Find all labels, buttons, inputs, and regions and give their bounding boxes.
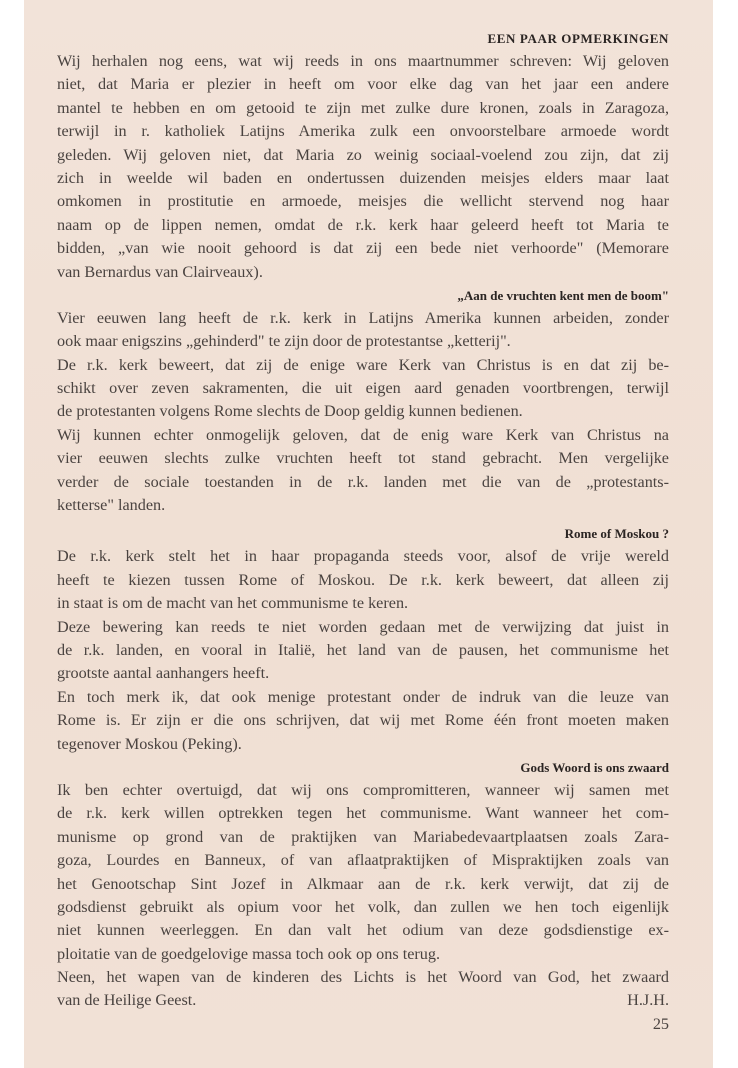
author-signature: H.J.H. bbox=[627, 989, 669, 1012]
section-intro: Wij herhalen nog eens, wat wij reeds in … bbox=[57, 50, 669, 284]
text-line: goza, Lourdes en Banneux, of van aflaatp… bbox=[57, 849, 669, 872]
article-title: EEN PAAR OPMERKINGEN bbox=[57, 28, 669, 50]
closing-text: van de Heilige Geest. bbox=[57, 989, 196, 1012]
text-line: De r.k. kerk beweert, dat zij de enige w… bbox=[57, 354, 669, 377]
text-line: verder de sociale toestanden in de r.k. … bbox=[57, 471, 669, 494]
section-vruchten: „Aan de vruchten kent men de boom" Vier … bbox=[57, 285, 669, 518]
text-line: in staat is om de macht van het communis… bbox=[57, 592, 669, 615]
text-line: munisme op grond van de praktijken van M… bbox=[57, 826, 669, 849]
text-line: De r.k. kerk stelt het in haar propagand… bbox=[57, 545, 669, 568]
text-line: schikt over zeven sakramenten, die uit e… bbox=[57, 377, 669, 400]
text-line: niet, dat Maria er plezier in heeft om v… bbox=[57, 73, 669, 96]
text-line: Wij herhalen nog eens, wat wij reeds in … bbox=[57, 50, 669, 73]
text-line: grootste aantal aanhangers heeft. bbox=[57, 662, 669, 685]
text-line: naam op de lippen nemen, omdat de r.k. k… bbox=[57, 214, 669, 237]
text-line: Deze bewering kan reeds te niet worden g… bbox=[57, 616, 669, 639]
text-line: van Bernardus van Clairveaux). bbox=[57, 261, 669, 284]
text-line: de protestanten volgens Rome slechts de … bbox=[57, 400, 669, 423]
text-line: heeft te kiezen tussen Rome of Moskou. D… bbox=[57, 569, 669, 592]
text-line: Neen, het wapen van de kinderen des Lich… bbox=[57, 966, 669, 989]
text-line: geleden. Wij geloven niet, dat Maria zo … bbox=[57, 144, 669, 167]
document-page: EEN PAAR OPMERKINGEN Wij herhalen nog ee… bbox=[24, 0, 713, 1068]
section-heading: Rome of Moskou ? bbox=[57, 523, 669, 545]
section-gods-woord: Gods Woord is ons zwaard Ik ben echter o… bbox=[57, 757, 669, 1013]
text-line: En toch merk ik, dat ook menige protesta… bbox=[57, 686, 669, 709]
text-line: tegenover Moskou (Peking). bbox=[57, 733, 669, 756]
section-heading: „Aan de vruchten kent men de boom" bbox=[57, 285, 669, 307]
text-line: zich in weelde wil baden en ondertussen … bbox=[57, 167, 669, 190]
closing-line: van de Heilige Geest. H.J.H. bbox=[57, 989, 669, 1012]
text-line: godsdienst gebruikt als opium voor het v… bbox=[57, 896, 669, 919]
text-line: ploitatie van de goedgelovige massa toch… bbox=[57, 943, 669, 966]
page-number: 25 bbox=[57, 1013, 669, 1036]
text-line: het Genootschap Sint Jozef in Alkmaar aa… bbox=[57, 873, 669, 896]
text-line: Rome is. Er zijn er die ons schrijven, d… bbox=[57, 709, 669, 732]
text-line: ook maar enigszins „gehinderd" te zijn d… bbox=[57, 330, 669, 353]
text-line: Wij kunnen echter onmogelijk geloven, da… bbox=[57, 424, 669, 447]
text-line: omkomen in prostitutie en armoede, meisj… bbox=[57, 190, 669, 213]
text-line: terwijl in r. katholiek Latijns Amerika … bbox=[57, 120, 669, 143]
section-heading: Gods Woord is ons zwaard bbox=[57, 757, 669, 779]
text-line: de r.k. kerk willen optrekken tegen het … bbox=[57, 802, 669, 825]
text-line: bidden, „van wie nooit gehoord is dat zi… bbox=[57, 237, 669, 260]
section-rome-moskou: Rome of Moskou ? De r.k. kerk stelt het … bbox=[57, 523, 669, 756]
text-line: ketterse" landen. bbox=[57, 494, 669, 517]
text-line: vier eeuwen slechts zulke vruchten heeft… bbox=[57, 447, 669, 470]
text-line: Ik ben echter overtuigd, dat wij ons com… bbox=[57, 779, 669, 802]
text-line: de r.k. landen, en vooral in Italië, het… bbox=[57, 639, 669, 662]
text-line: mantel te hebben en om getooid te zijn m… bbox=[57, 97, 669, 120]
text-line: Vier eeuwen lang heeft de r.k. kerk in L… bbox=[57, 307, 669, 330]
text-line: niet kunnen weerleggen. En dan valt het … bbox=[57, 919, 669, 942]
article-body: EEN PAAR OPMERKINGEN Wij herhalen nog ee… bbox=[57, 28, 669, 1036]
